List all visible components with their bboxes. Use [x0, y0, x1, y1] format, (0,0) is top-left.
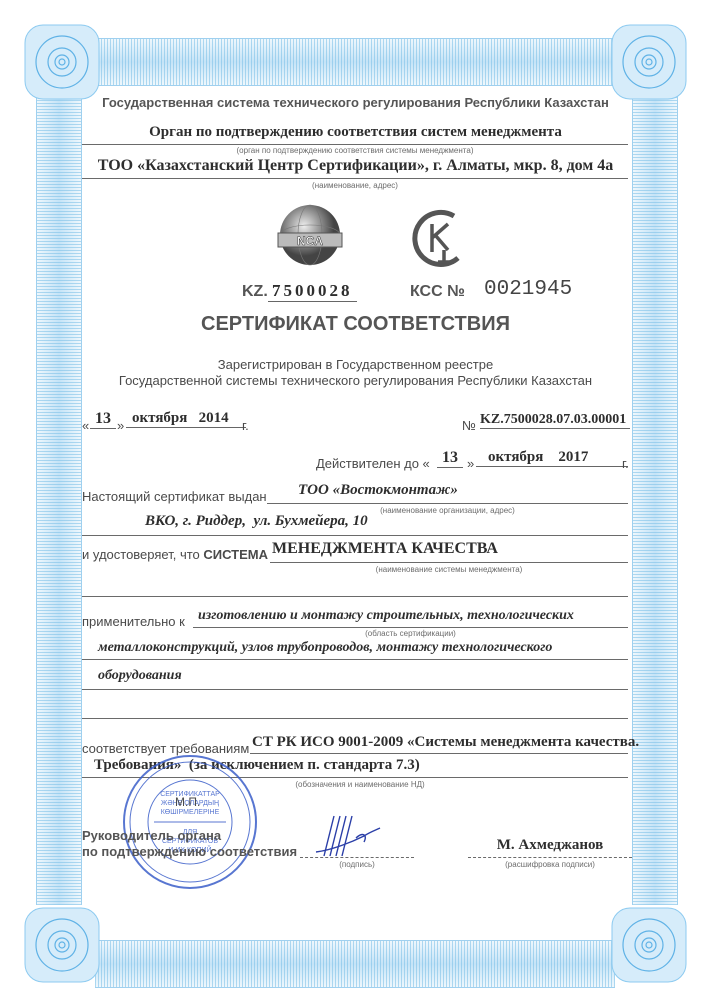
- reg-number-prefix: №: [462, 418, 476, 433]
- kss-prefix: КСС №: [410, 283, 465, 301]
- rosette-bottom-left-icon: [22, 905, 102, 985]
- standard-line-1: СТ РК ИСО 9001-2009 «Системы менеджмента…: [252, 734, 639, 751]
- kss-number: 0021945: [484, 278, 572, 301]
- valid-until-day: 13: [437, 449, 463, 468]
- scope-line-1: изготовлению и монтажу строительных, тех…: [198, 608, 574, 624]
- svg-text:NCA: NCA: [297, 234, 323, 248]
- divider: [193, 627, 628, 628]
- divider: [82, 535, 628, 536]
- handwritten-signature-icon: [312, 812, 382, 862]
- rosette-top-right-icon: [609, 22, 689, 102]
- divider: [82, 144, 628, 145]
- head-title-line-2: по подтверждению соответствия: [82, 844, 297, 859]
- divider: [82, 178, 628, 179]
- signature-caption: (подпись): [300, 860, 414, 869]
- scope-line-3: оборудования: [98, 668, 182, 684]
- divider: [82, 689, 628, 690]
- rosette-top-left-icon: [22, 22, 102, 102]
- stamp-mp: М.П.: [175, 795, 200, 809]
- certificate-title: СЕРТИФИКАТ СООТВЕТСТВИЯ: [0, 313, 711, 336]
- border-right: [632, 95, 678, 905]
- svg-text:КӨШІРМЕЛЕРІНЕ: КӨШІРМЕЛЕРІНЕ: [161, 809, 220, 816]
- border-bottom: [95, 940, 615, 988]
- divider: [267, 503, 628, 504]
- divider: [82, 659, 628, 660]
- issue-date-close-quote: »: [117, 418, 124, 433]
- border-left: [36, 95, 82, 905]
- valid-until-close-quote: »: [467, 456, 474, 471]
- scope-line-2: металлоконструкций, узлов трубопроводов,…: [98, 640, 552, 656]
- kz-prefix: KZ.: [242, 283, 268, 301]
- divider: [82, 596, 628, 597]
- head-title-line-1: Руководитель органа: [82, 828, 221, 843]
- system-label: и удостоверяет, что СИСТЕМА: [82, 547, 268, 562]
- reg-number-value: KZ.7500028.07.03.00001: [480, 412, 630, 429]
- system-label-text: и удостоверяет, что: [82, 547, 200, 562]
- name-line: [468, 857, 632, 858]
- system-caption: (наименование системы менеджмента): [270, 565, 628, 574]
- issued-to-label: Настоящий сертификат выдан: [82, 489, 267, 504]
- issued-to-address: ВКО, г. Риддер, ул. Бухмейера, 10: [145, 513, 368, 530]
- issue-month-year: октября 2014: [126, 410, 246, 428]
- nca-globe-logo-icon: NCA: [275, 200, 345, 270]
- valid-until-year-suffix: г.: [622, 456, 629, 471]
- kz-number: 7500028: [268, 281, 357, 302]
- name-caption: (расшифровка подписи): [468, 860, 632, 869]
- org-caption: (наименование, адрес): [82, 181, 628, 190]
- border-top: [95, 38, 615, 86]
- registered-line-2: Государственной системы технического рег…: [0, 373, 711, 388]
- body-caption: (орган по подтверждению соответствия сис…: [82, 146, 628, 155]
- registered-line-1: Зарегистрирован в Государственном реестр…: [0, 357, 711, 372]
- standard-caption: (обозначения и наименование НД): [250, 780, 470, 789]
- head-name: М. Ахмеджанов: [470, 837, 630, 854]
- system-label-bold: СИСТЕМА: [203, 547, 268, 562]
- system-value: МЕНЕДЖМЕНТА КАЧЕСТВА: [272, 540, 498, 558]
- state-system-heading: Государственная система технического рег…: [0, 95, 711, 110]
- issue-day: 13: [90, 410, 116, 429]
- divider: [250, 753, 628, 754]
- signature-line: [300, 857, 414, 858]
- issue-year-suffix: г.: [242, 418, 249, 433]
- issue-date-open-quote: «: [82, 418, 89, 433]
- issued-to-org: ТОО «Востокмонтаж»: [298, 482, 458, 499]
- official-stamp-icon: СЕРТИФИКАТТАР ЖӘНЕ ОЛАРДЫҢ КӨШІРМЕЛЕРІНЕ…: [120, 752, 260, 892]
- valid-until-month-year: октября 2017: [476, 449, 628, 467]
- rosette-bottom-right-icon: [609, 905, 689, 985]
- kt-conformity-mark-icon: [408, 206, 468, 270]
- scope-label: применительно к: [82, 614, 185, 629]
- certification-body-title: Орган по подтверждению соответствия сист…: [0, 124, 711, 141]
- divider: [82, 718, 628, 719]
- certification-org-name: ТОО «Казахстанский Центр Сертификации», …: [0, 157, 711, 175]
- divider: [270, 562, 628, 563]
- valid-until-label: Действителен до «: [316, 456, 430, 471]
- scope-caption: (область сертификации): [193, 629, 628, 638]
